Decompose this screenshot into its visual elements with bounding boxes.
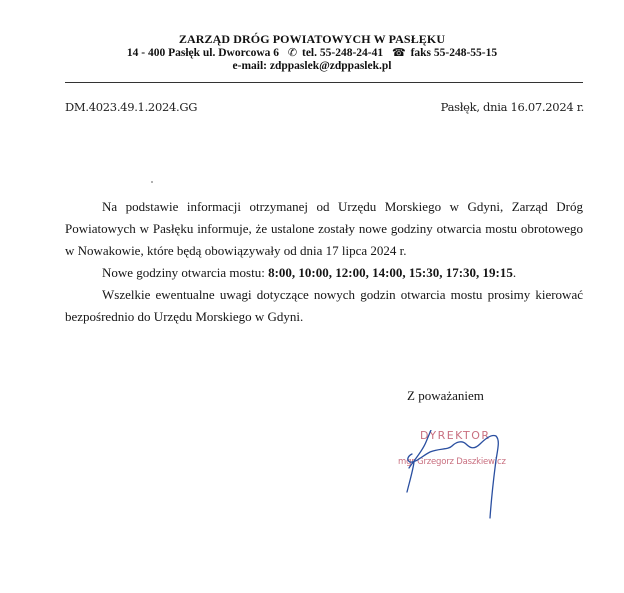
- fax-number: faks 55-248-55-15: [411, 47, 498, 59]
- paragraph-remarks: Wszelkie ewentualne uwagi dotyczące nowy…: [65, 284, 583, 328]
- handwritten-signature: [400, 430, 530, 520]
- letter-page: ZARZĄD DRÓG POWIATOWYCH W PASŁĘKU 14 - 4…: [0, 0, 624, 593]
- hours-value: 8:00, 10:00, 12:00, 14:00, 15:30, 17:30,…: [268, 265, 513, 280]
- hours-end: .: [513, 265, 516, 280]
- header-divider: [65, 82, 583, 83]
- paragraph-hours: Nowe godziny otwarcia mostu: 8:00, 10:00…: [65, 262, 583, 284]
- phone-number: tel. 55-248-24-41: [302, 47, 383, 59]
- fax-icon: ☎: [392, 47, 406, 59]
- phone-icon: ✆: [288, 47, 297, 59]
- reference-number: DM.4023.49.1.2024.GG: [65, 100, 197, 114]
- scan-speck: [151, 181, 153, 183]
- letterhead-contact-line: 14 - 400 Pasłęk ul. Dworcowa 6 ✆ tel. 55…: [0, 46, 624, 59]
- address: 14 - 400 Pasłęk ul. Dworcowa 6: [127, 47, 279, 59]
- email-address: e-mail: zdppaslek@zdppaslek.pl: [0, 60, 624, 72]
- paragraph-announcement: Na podstawie informacji otrzymanej od Ur…: [65, 196, 583, 262]
- hours-label: Nowe godziny otwarcia mostu:: [102, 265, 268, 280]
- place-and-date: Pasłęk, dnia 16.07.2024 r.: [441, 100, 584, 114]
- letter-body: Na podstawie informacji otrzymanej od Ur…: [65, 196, 583, 328]
- organization-name: ZARZĄD DRÓG POWIATOWYCH W PASŁĘKU: [0, 32, 624, 47]
- closing-phrase: Z poważaniem: [407, 388, 484, 404]
